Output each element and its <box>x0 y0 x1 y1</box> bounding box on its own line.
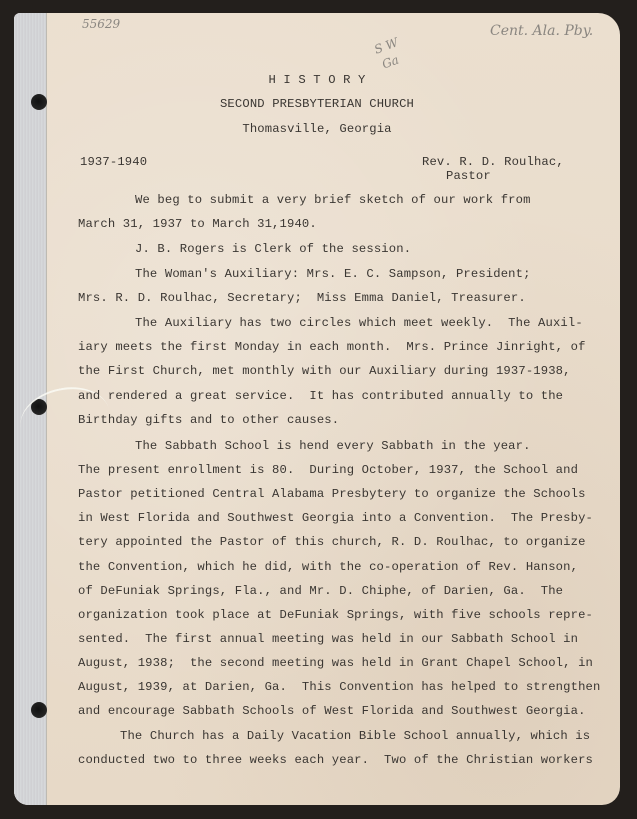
body-line: March 31, 1937 to March 31,1940. <box>78 217 317 231</box>
body-line: organization took place at DeFuniak Spri… <box>78 608 593 622</box>
body-line: of DeFuniak Springs, Fla., and Mr. D. Ch… <box>78 584 563 598</box>
doc-title: H I S T O R Y <box>14 73 620 87</box>
body-line: August, 1939, at Darien, Ga. This Conven… <box>78 680 600 694</box>
body-line: in West Florida and Southwest Georgia in… <box>78 511 593 525</box>
accession-number: 55629 <box>82 17 120 31</box>
body-line: The Church has a Daily Vacation Bible Sc… <box>120 729 590 743</box>
body-line: iary meets the first Monday in each mont… <box>78 340 586 354</box>
body-line: Pastor petitioned Central Alabama Presby… <box>78 487 586 501</box>
presbytery-note: Cent. Ala. Pby. <box>490 23 593 39</box>
pastor-title: Pastor <box>446 169 491 183</box>
body-line: the Convention, which he did, with the c… <box>78 560 578 574</box>
church-name: SECOND PRESBYTERIAN CHURCH <box>14 97 620 111</box>
body-line: The Sabbath School is hend every Sabbath… <box>135 439 531 453</box>
body-line: Birthday gifts and to other causes. <box>78 413 339 427</box>
body-line: The Auxiliary has two circles which meet… <box>135 316 583 330</box>
body-line: and encourage Sabbath Schools of West Fl… <box>78 704 586 718</box>
body-line: sented. The first annual meeting was hel… <box>78 632 578 646</box>
body-line: the First Church, met monthly with our A… <box>78 364 571 378</box>
pastor-name: Rev. R. D. Roulhac, <box>422 155 564 169</box>
body-line: The Woman's Auxiliary: Mrs. E. C. Sampso… <box>135 267 531 281</box>
document-page: 55629 S W Ga Cent. Ala. Pby. H I S T O R… <box>14 13 620 805</box>
body-line: and rendered a great service. It has con… <box>78 389 563 403</box>
body-line: Mrs. R. D. Roulhac, Secretary; Miss Emma… <box>78 291 526 305</box>
body-line: We beg to submit a very brief sketch of … <box>135 193 531 207</box>
period: 1937-1940 <box>80 155 147 169</box>
region-note-2: Ga <box>380 53 401 72</box>
church-location: Thomasville, Georgia <box>14 122 620 136</box>
body-line: The present enrollment is 80. During Oct… <box>78 463 578 477</box>
body-line: tery appointed the Pastor of this church… <box>78 535 586 549</box>
body-line: J. B. Rogers is Clerk of the session. <box>135 242 411 256</box>
punch-hole-bottom <box>31 702 47 718</box>
body-line: conducted two to three weeks each year. … <box>78 753 593 767</box>
body-line: August, 1938; the second meeting was hel… <box>78 656 593 670</box>
